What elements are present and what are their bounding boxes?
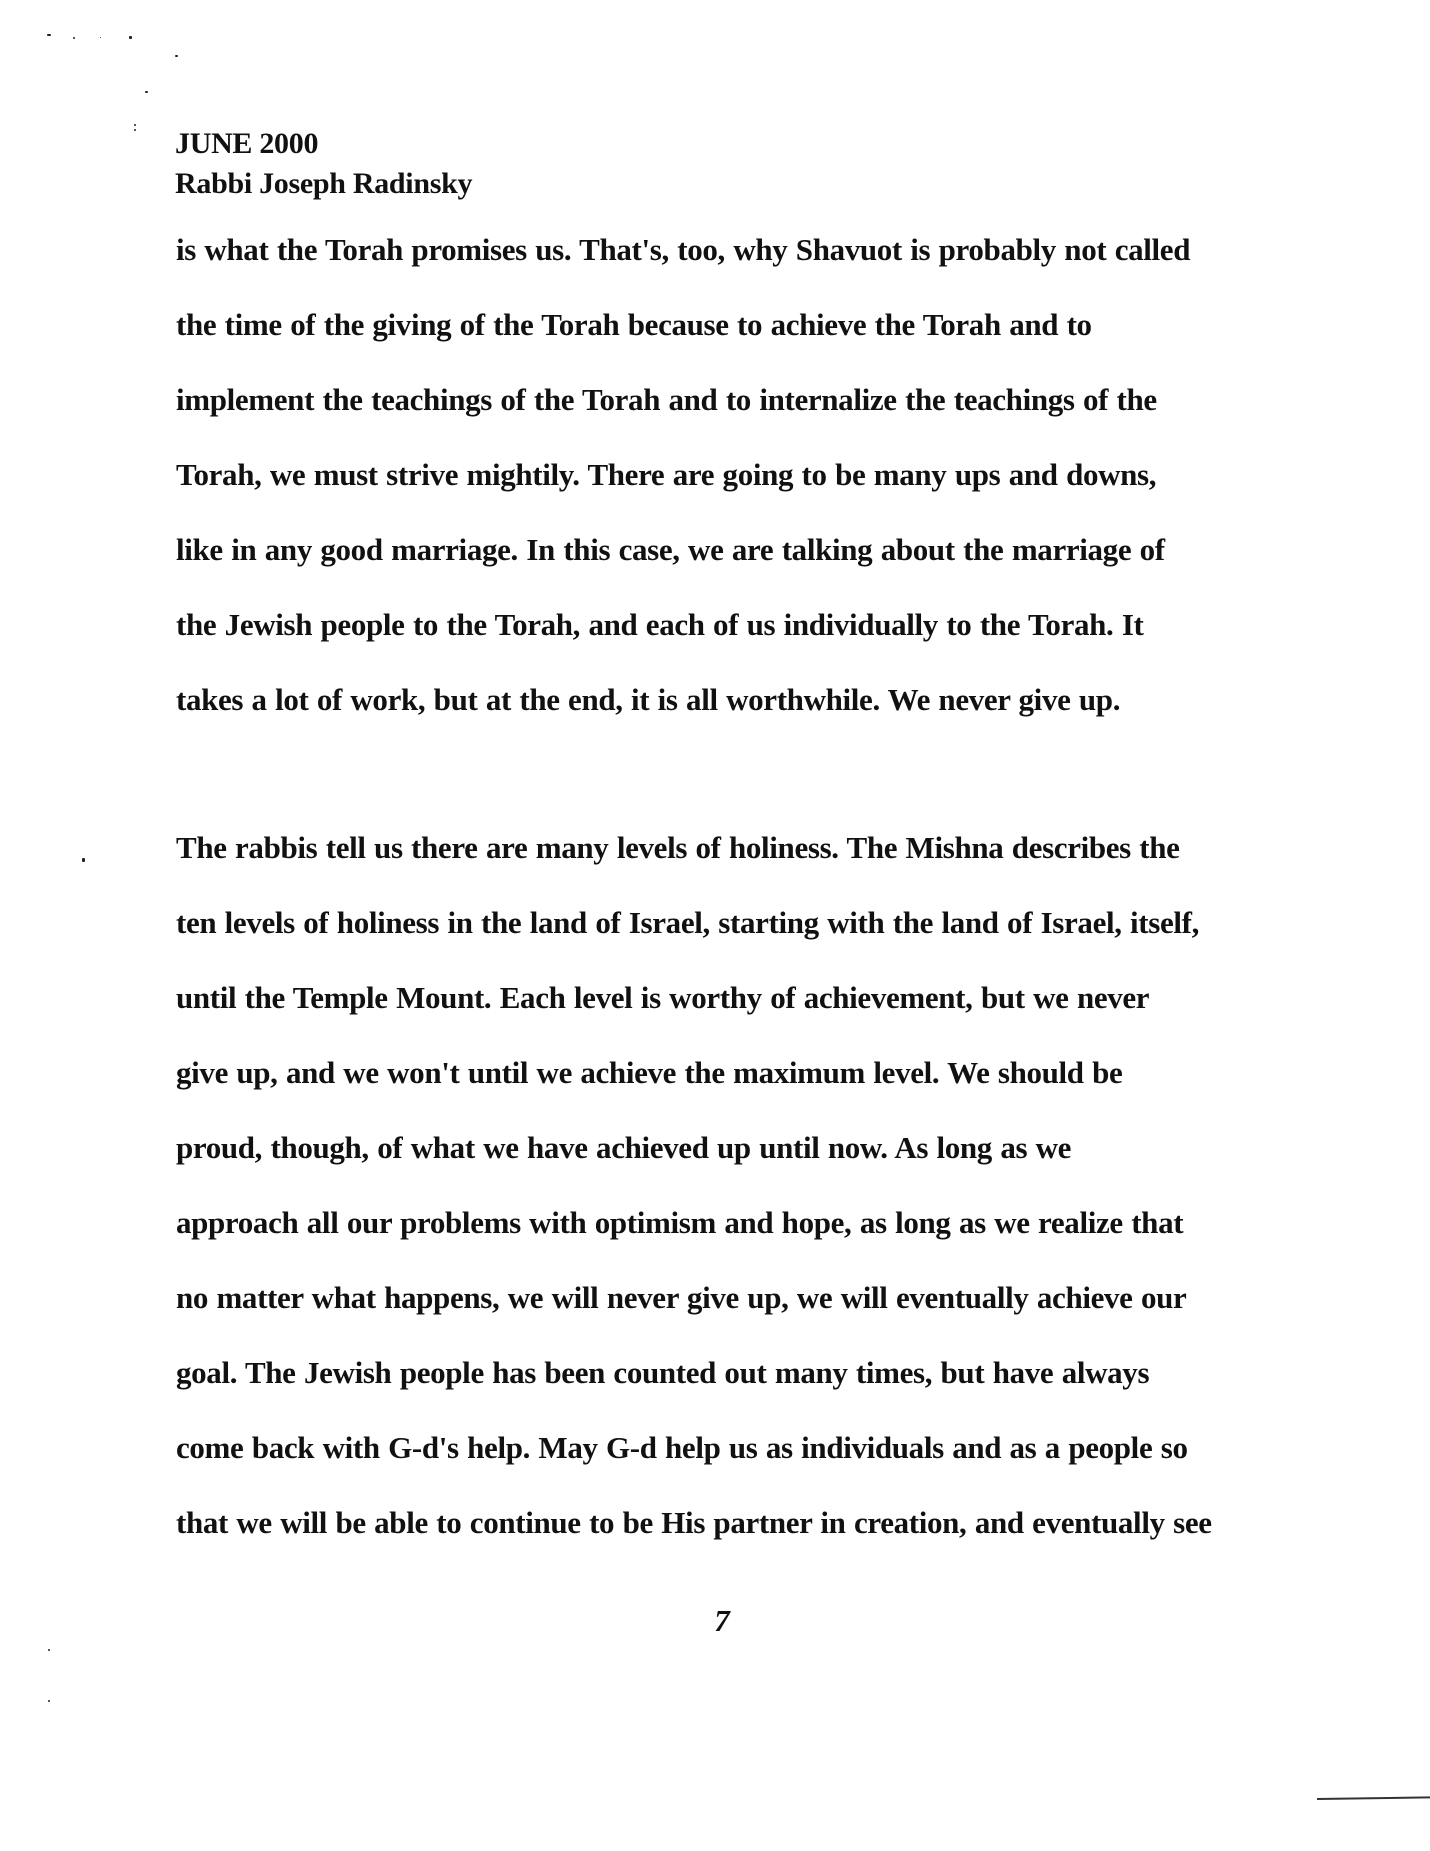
scan-speck bbox=[100, 37, 101, 38]
paragraph-2: The rabbis tell us there are many levels… bbox=[176, 810, 1286, 1560]
text-line: is what the Torah promises us. That's, t… bbox=[176, 212, 1286, 287]
scan-speck bbox=[82, 858, 85, 862]
scan-speck bbox=[47, 34, 51, 36]
text-line: that we will be able to continue to be H… bbox=[176, 1485, 1286, 1560]
text-line: proud, though, of what we have achieved … bbox=[176, 1110, 1286, 1185]
text-line: goal. The Jewish people has been counted… bbox=[176, 1335, 1286, 1410]
scan-edge-line bbox=[1317, 1796, 1430, 1800]
scan-speck bbox=[134, 129, 136, 131]
page-number: 7 bbox=[700, 1603, 744, 1639]
scan-speck bbox=[129, 36, 132, 39]
scan-speck bbox=[134, 124, 136, 126]
text-line: The rabbis tell us there are many levels… bbox=[176, 810, 1286, 885]
text-line: takes a lot of work, but at the end, it … bbox=[176, 662, 1286, 737]
text-line: the time of the giving of the Torah beca… bbox=[176, 287, 1286, 362]
scan-speck bbox=[48, 1700, 50, 1702]
text-line: until the Temple Mount. Each level is wo… bbox=[176, 960, 1286, 1035]
text-line: like in any good marriage. In this case,… bbox=[176, 512, 1286, 587]
text-line: approach all our problems with optimism … bbox=[176, 1185, 1286, 1260]
scan-speck bbox=[145, 91, 148, 93]
text-line: implement the teachings of the Torah and… bbox=[176, 362, 1286, 437]
scan-speck bbox=[175, 55, 178, 57]
text-line: ten levels of holiness in the land of Is… bbox=[176, 885, 1286, 960]
text-line: the Jewish people to the Torah, and each… bbox=[176, 587, 1286, 662]
scan-speck bbox=[73, 37, 75, 39]
header-author: Rabbi Joseph Radinsky bbox=[175, 164, 472, 204]
text-line: give up, and we won't until we achieve t… bbox=[176, 1035, 1286, 1110]
scan-speck bbox=[48, 1649, 50, 1651]
text-line: no matter what happens, we will never gi… bbox=[176, 1260, 1286, 1335]
header-date: JUNE 2000 bbox=[175, 124, 472, 164]
paragraph-1: is what the Torah promises us. That's, t… bbox=[176, 212, 1286, 737]
document-header: JUNE 2000 Rabbi Joseph Radinsky bbox=[175, 124, 472, 204]
text-line: Torah, we must strive mightily. There ar… bbox=[176, 437, 1286, 512]
text-line: come back with G-d's help. May G-d help … bbox=[176, 1410, 1286, 1485]
